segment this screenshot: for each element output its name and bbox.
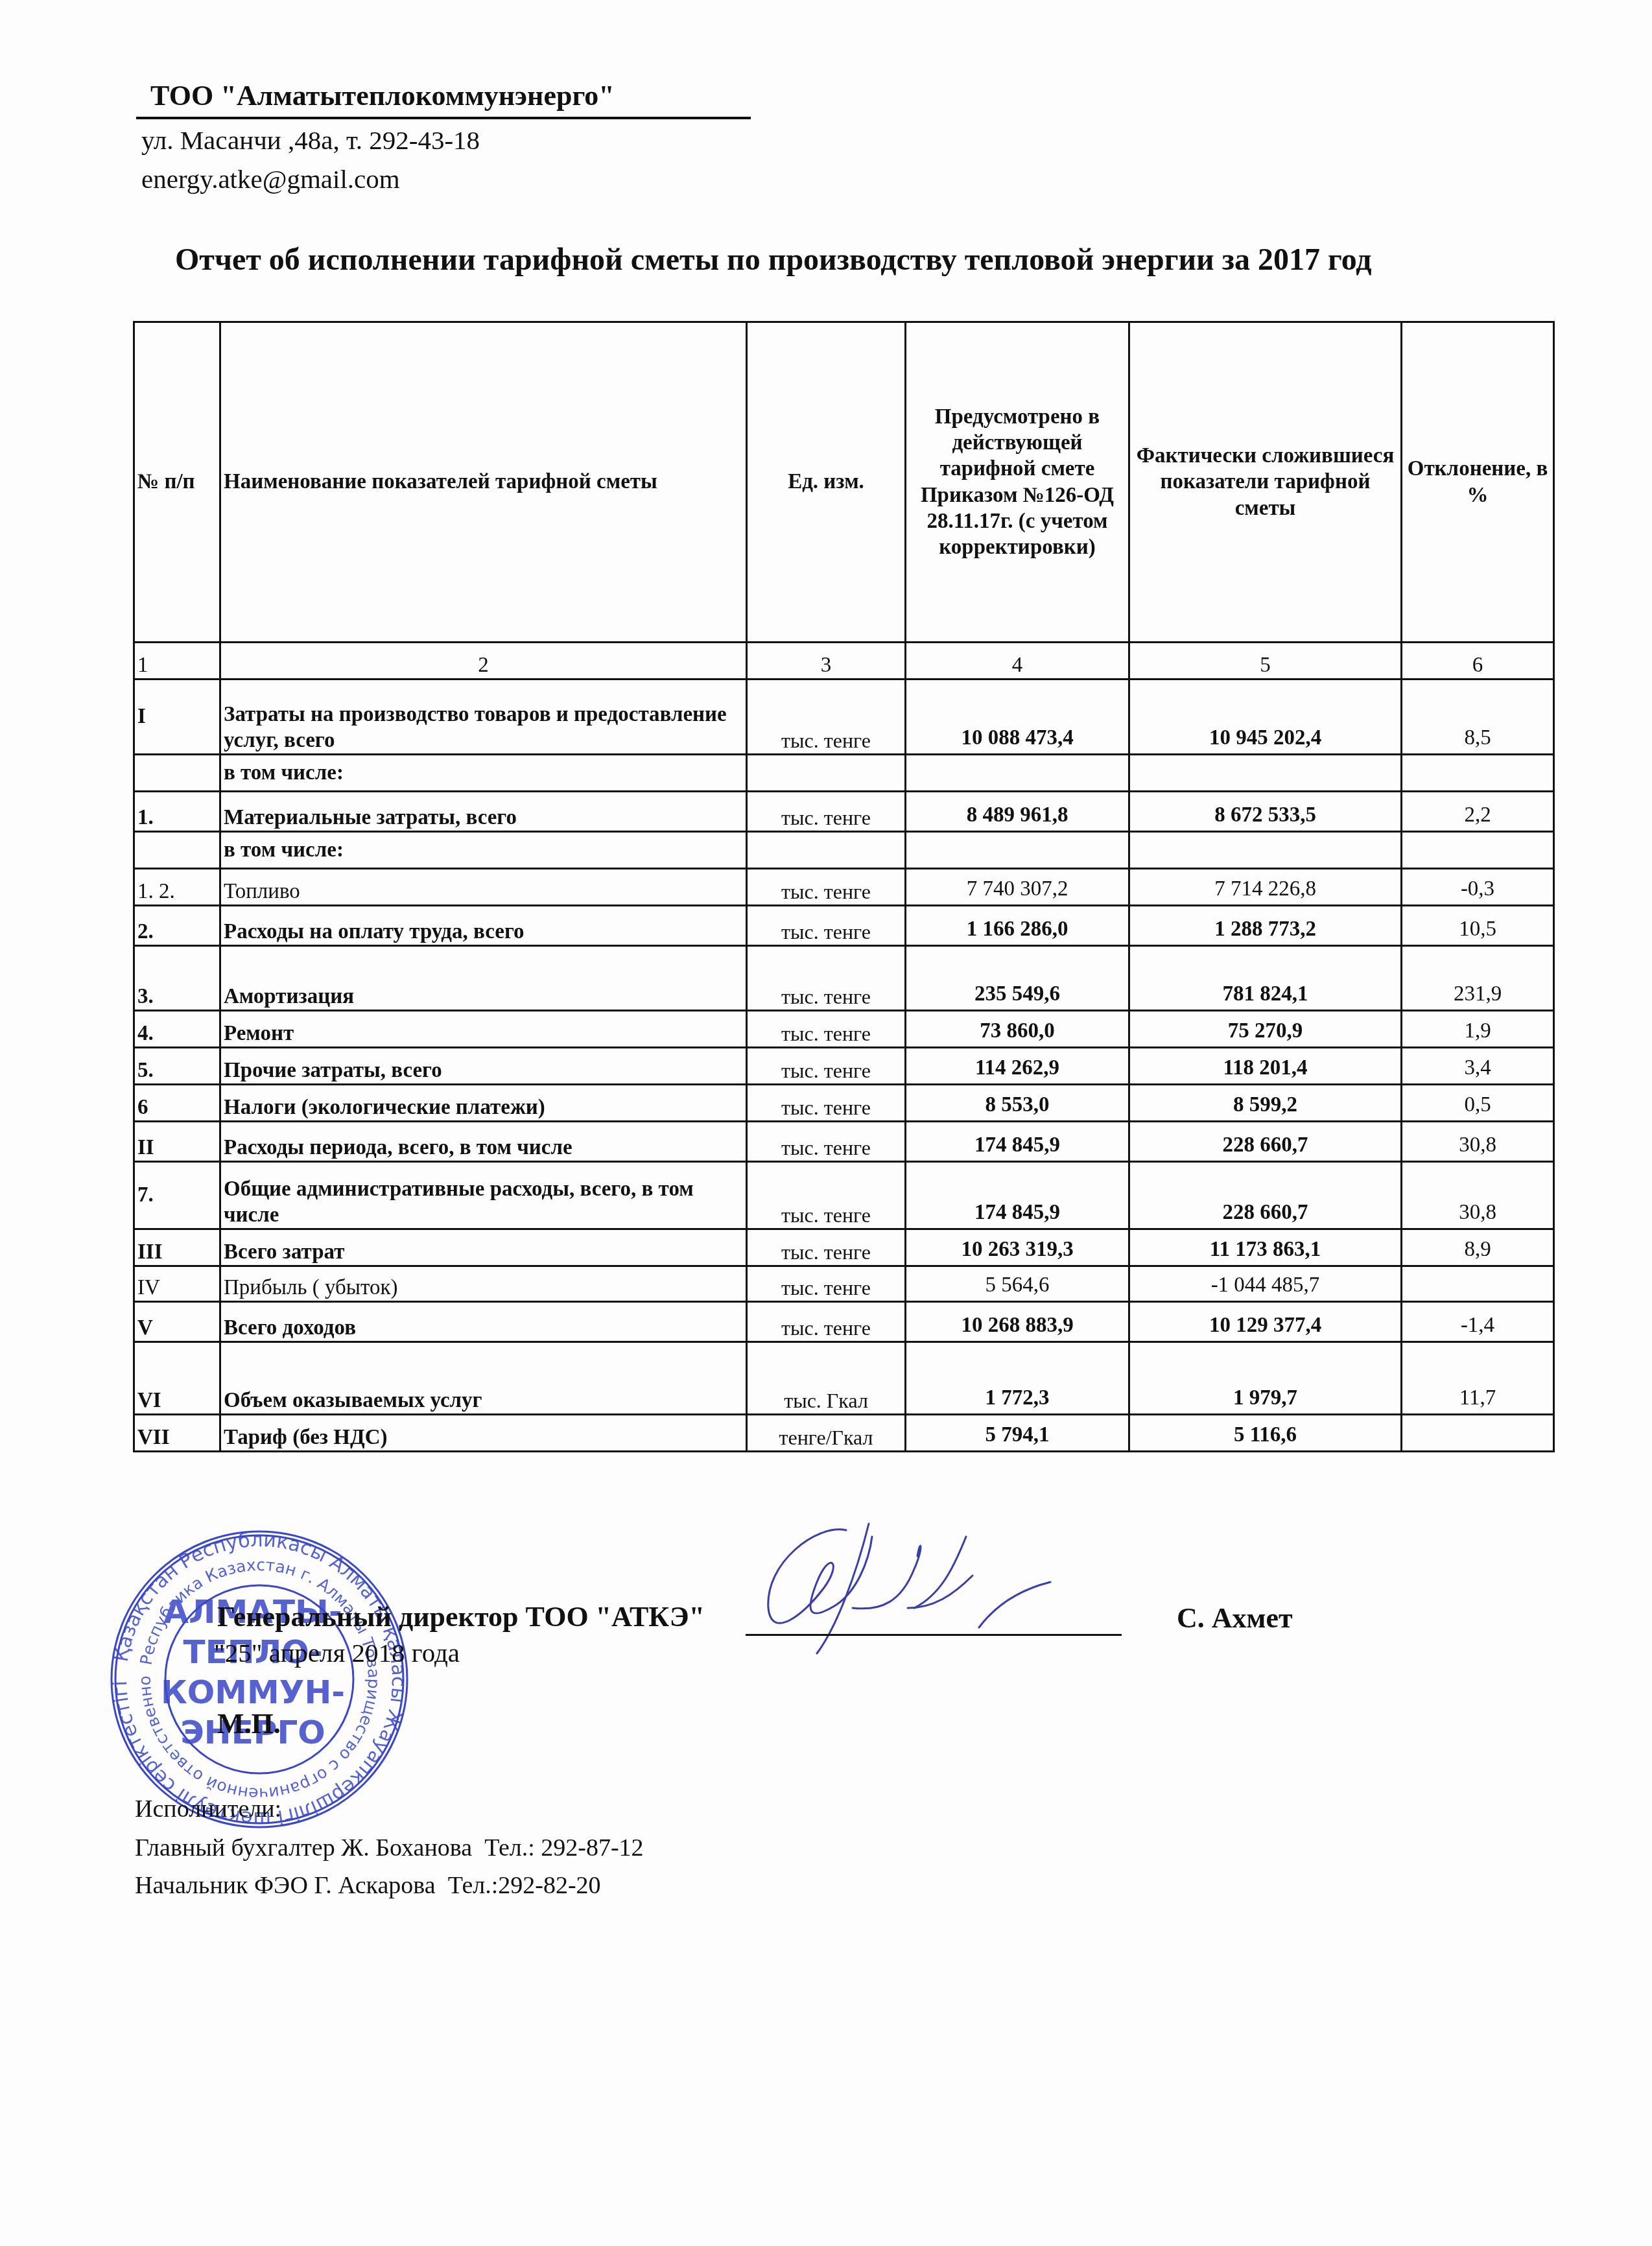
table-body: IЗатраты на производство товаров и предо… (134, 680, 1554, 1452)
row-code (134, 832, 220, 869)
row-actual-value: 10 945 202,4 (1129, 680, 1402, 755)
header-deviation: Отклонение, в % (1402, 322, 1554, 643)
row-unit: тыс. тенге (747, 946, 906, 1011)
row-deviation-percent (1402, 832, 1554, 869)
table-row: 1. 2.Топливотыс. тенге7 740 307,27 714 2… (134, 869, 1554, 906)
column-number-row: 1 2 3 4 5 6 (134, 643, 1554, 680)
row-actual-value: 118 201,4 (1129, 1048, 1402, 1085)
table-row: VIОбъем оказываемых услугтыс. Гкал1 772,… (134, 1342, 1554, 1415)
row-planned-value: 5 564,6 (906, 1266, 1129, 1302)
row-unit: тыс. тенге (747, 1011, 906, 1048)
table-row: 5.Прочие затраты, всеготыс. тенге114 262… (134, 1048, 1554, 1085)
row-deviation-percent: 2,2 (1402, 792, 1554, 832)
row-indicator-name: Прочие затраты, всего (220, 1048, 747, 1085)
table-row: 4.Ремонттыс. тенге73 860,075 270,91,9 (134, 1011, 1554, 1048)
row-indicator-name: Общие административные расходы, всего, в… (220, 1162, 747, 1229)
table-row: 6Налоги (экологические платежи)тыс. тенг… (134, 1085, 1554, 1122)
row-unit: тыс. Гкал (747, 1342, 906, 1415)
row-deviation-percent: 30,8 (1402, 1162, 1554, 1229)
row-actual-value: 8 599,2 (1129, 1085, 1402, 1122)
row-code: 6 (134, 1085, 220, 1122)
row-code (134, 755, 220, 792)
row-indicator-name: Всего доходов (220, 1302, 747, 1342)
row-planned-value: 10 268 883,9 (906, 1302, 1129, 1342)
row-indicator-name: Всего затрат (220, 1229, 747, 1266)
column-number: 3 (747, 643, 906, 680)
row-actual-value: 5 116,6 (1129, 1415, 1402, 1452)
row-actual-value: 228 660,7 (1129, 1122, 1402, 1162)
row-deviation-percent: -0,3 (1402, 869, 1554, 906)
row-planned-value: 8 553,0 (906, 1085, 1129, 1122)
row-deviation-percent: 0,5 (1402, 1085, 1554, 1122)
table-row: IVПрибыль ( убыток)тыс. тенге5 564,6-1 0… (134, 1266, 1554, 1302)
row-unit: тыс. тенге (747, 869, 906, 906)
signature-line (746, 1634, 1122, 1636)
row-actual-value: 8 672 533,5 (1129, 792, 1402, 832)
row-actual-value (1129, 755, 1402, 792)
row-actual-value: 1 979,7 (1129, 1342, 1402, 1415)
column-number: 4 (906, 643, 1129, 680)
row-indicator-name: Ремонт (220, 1011, 747, 1048)
row-code: 4. (134, 1011, 220, 1048)
row-code: IV (134, 1266, 220, 1302)
row-actual-value: -1 044 485,7 (1129, 1266, 1402, 1302)
organization-name: ТОО "Алматытеплокоммунэнерго" (150, 79, 615, 112)
row-planned-value: 235 549,6 (906, 946, 1129, 1011)
row-deviation-percent: 8,9 (1402, 1229, 1554, 1266)
director-title: Генеральный директор ТОО "АТКЭ" (217, 1600, 705, 1633)
row-unit: тыс. тенге (747, 1085, 906, 1122)
row-deviation-percent: 1,9 (1402, 1011, 1554, 1048)
row-code: 2. (134, 906, 220, 946)
director-signature-icon (739, 1511, 1076, 1666)
row-deviation-percent: 231,9 (1402, 946, 1554, 1011)
table-row: в том числе: (134, 832, 1554, 869)
seal-placeholder-label: М.П. (217, 1707, 281, 1740)
row-code: II (134, 1122, 220, 1162)
row-deviation-percent: 11,7 (1402, 1342, 1554, 1415)
table-row: 2.Расходы на оплату труда, всеготыс. тен… (134, 906, 1554, 946)
table-row: IIРасходы периода, всего, в том числетыс… (134, 1122, 1554, 1162)
row-deviation-percent: 3,4 (1402, 1048, 1554, 1085)
row-deviation-percent (1402, 755, 1554, 792)
row-code: VII (134, 1415, 220, 1452)
table-row: 7.Общие административные расходы, всего,… (134, 1162, 1554, 1229)
executors-label: Исполнители: (135, 1795, 281, 1823)
row-actual-value (1129, 832, 1402, 869)
row-actual-value: 7 714 226,8 (1129, 869, 1402, 906)
row-unit (747, 832, 906, 869)
document-title: Отчет об исполнении тарифной сметы по пр… (175, 242, 1372, 278)
table-row: 3.Амортизациятыс. тенге235 549,6781 824,… (134, 946, 1554, 1011)
row-indicator-name: Налоги (экологические платежи) (220, 1085, 747, 1122)
table-row: VВсего доходовтыс. тенге10 268 883,910 1… (134, 1302, 1554, 1342)
row-deviation-percent: 8,5 (1402, 680, 1554, 755)
row-indicator-name: Топливо (220, 869, 747, 906)
header-indicator-name: Наименование показателей тарифной сметы (220, 322, 747, 643)
row-planned-value: 8 489 961,8 (906, 792, 1129, 832)
table-row: IIIВсего затраттыс. тенге10 263 319,311 … (134, 1229, 1554, 1266)
row-code: I (134, 680, 220, 755)
row-indicator-name: Амортизация (220, 946, 747, 1011)
executor-head-feo: Начальник ФЭО Г. Аскарова Тел.:292-82-20 (135, 1871, 601, 1900)
row-deviation-percent (1402, 1415, 1554, 1452)
row-actual-value: 11 173 863,1 (1129, 1229, 1402, 1266)
table-header-row: № п/п Наименование показателей тарифной … (134, 322, 1554, 643)
organization-email: energy.atke@gmail.com (141, 163, 400, 195)
column-number: 2 (220, 643, 747, 680)
row-indicator-name: Затраты на производство товаров и предос… (220, 680, 747, 755)
row-indicator-name: в том числе: (220, 755, 747, 792)
row-unit (747, 755, 906, 792)
row-planned-value (906, 755, 1129, 792)
row-planned-value: 174 845,9 (906, 1122, 1129, 1162)
table-row: 1.Материальные затраты, всеготыс. тенге8… (134, 792, 1554, 832)
row-planned-value: 73 860,0 (906, 1011, 1129, 1048)
row-deviation-percent: -1,4 (1402, 1302, 1554, 1342)
row-unit: тенге/Гкал (747, 1415, 906, 1452)
signature-date: "25" апреля 2018 года (214, 1637, 460, 1668)
column-number: 6 (1402, 643, 1554, 680)
row-code: 7. (134, 1162, 220, 1229)
row-planned-value: 1 166 286,0 (906, 906, 1129, 946)
row-unit: тыс. тенге (747, 792, 906, 832)
executor-chief-accountant: Главный бухгалтер Ж. Боханова Тел.: 292-… (135, 1834, 644, 1862)
row-actual-value: 1 288 773,2 (1129, 906, 1402, 946)
table-row: VIIТариф (без НДС)тенге/Гкал5 794,15 116… (134, 1415, 1554, 1452)
column-number: 1 (134, 643, 220, 680)
row-actual-value: 781 824,1 (1129, 946, 1402, 1011)
row-planned-value: 10 088 473,4 (906, 680, 1129, 755)
row-indicator-name: в том числе: (220, 832, 747, 869)
header-unit: Ед. изм. (747, 322, 906, 643)
row-planned-value: 10 263 319,3 (906, 1229, 1129, 1266)
row-unit: тыс. тенге (747, 1122, 906, 1162)
row-unit: тыс. тенге (747, 1162, 906, 1229)
director-name: С. Ахмет (1177, 1602, 1293, 1635)
row-code: 1. 2. (134, 869, 220, 906)
row-unit: тыс. тенге (747, 1266, 906, 1302)
row-unit: тыс. тенге (747, 1302, 906, 1342)
row-planned-value: 174 845,9 (906, 1162, 1129, 1229)
row-indicator-name: Прибыль ( убыток) (220, 1266, 747, 1302)
row-unit: тыс. тенге (747, 1048, 906, 1085)
row-deviation-percent (1402, 1266, 1554, 1302)
row-unit: тыс. тенге (747, 906, 906, 946)
row-unit: тыс. тенге (747, 1229, 906, 1266)
row-planned-value (906, 832, 1129, 869)
header-planned: Предусмотрено в действующей тарифной сме… (906, 322, 1129, 643)
row-code: VI (134, 1342, 220, 1415)
row-planned-value: 1 772,3 (906, 1342, 1129, 1415)
column-number: 5 (1129, 643, 1402, 680)
header-number: № п/п (134, 322, 220, 643)
row-planned-value: 5 794,1 (906, 1415, 1129, 1452)
table-row: в том числе: (134, 755, 1554, 792)
row-planned-value: 114 262,9 (906, 1048, 1129, 1085)
row-deviation-percent: 30,8 (1402, 1122, 1554, 1162)
row-code: III (134, 1229, 220, 1266)
organization-address: ул. Масанчи ,48а, т. 292-43-18 (141, 124, 480, 156)
stamp-center-line: КОММУН- (161, 1673, 345, 1711)
row-code: V (134, 1302, 220, 1342)
row-unit: тыс. тенге (747, 680, 906, 755)
row-indicator-name: Расходы периода, всего, в том числе (220, 1122, 747, 1162)
company-stamp-icon: Қазақстан Республикасы Алматы қаласы Жау… (107, 1527, 412, 1832)
row-indicator-name: Объем оказываемых услуг (220, 1342, 747, 1415)
row-actual-value: 228 660,7 (1129, 1162, 1402, 1229)
row-planned-value: 7 740 307,2 (906, 869, 1129, 906)
row-indicator-name: Расходы на оплату труда, всего (220, 906, 747, 946)
table-row: IЗатраты на производство товаров и предо… (134, 680, 1554, 755)
organization-underline (136, 117, 751, 119)
row-actual-value: 10 129 377,4 (1129, 1302, 1402, 1342)
row-indicator-name: Тариф (без НДС) (220, 1415, 747, 1452)
header-actual: Фактически сложившиеся показатели тарифн… (1129, 322, 1402, 643)
row-indicator-name: Материальные затраты, всего (220, 792, 747, 832)
row-deviation-percent: 10,5 (1402, 906, 1554, 946)
row-code: 3. (134, 946, 220, 1011)
row-code: 5. (134, 1048, 220, 1085)
tariff-report-table: № п/п Наименование показателей тарифной … (133, 321, 1555, 1452)
row-code: 1. (134, 792, 220, 832)
row-actual-value: 75 270,9 (1129, 1011, 1402, 1048)
